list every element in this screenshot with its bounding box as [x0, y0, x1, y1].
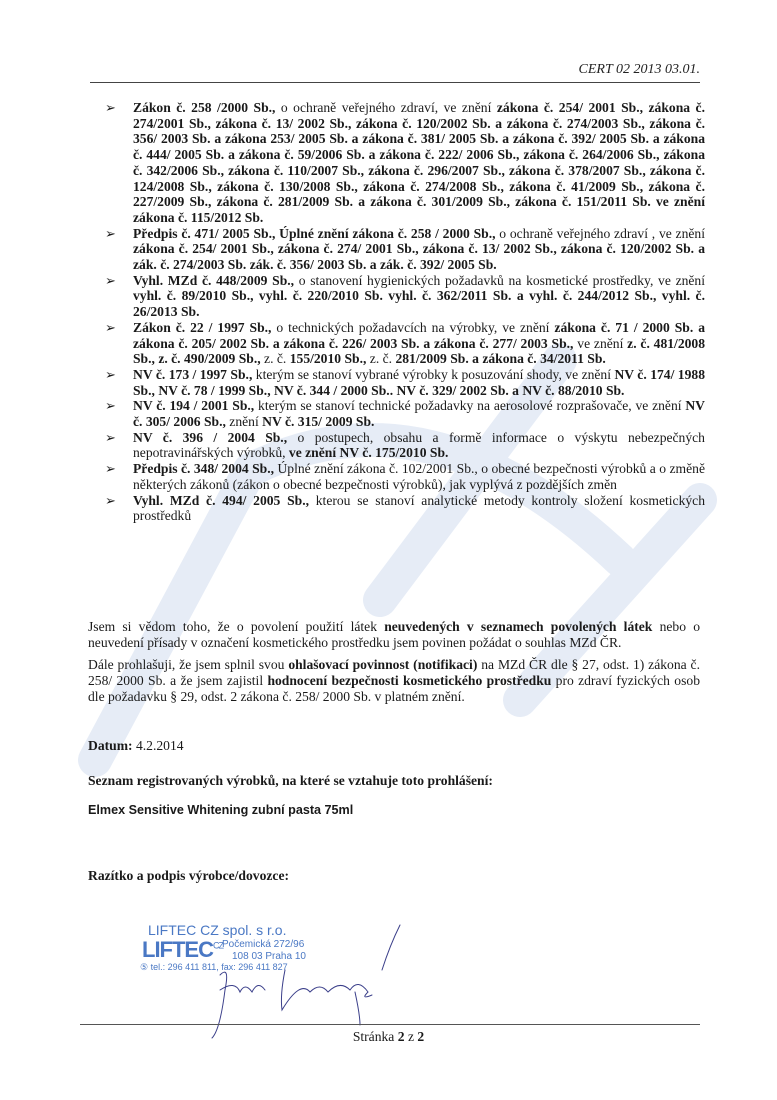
products-list-title: Seznam registrovaných výrobků, na které …: [88, 773, 493, 789]
legislation-list: ➢Zákon č. 258 /2000 Sb., o ochraně veřej…: [105, 100, 705, 524]
arrow-bullet-icon: ➢: [105, 398, 116, 414]
date-label: Datum:: [88, 738, 133, 753]
legislation-item: ➢NV č. 173 / 1997 Sb., kterým se stanoví…: [105, 367, 705, 398]
legislation-item: ➢Zákon č. 258 /2000 Sb., o ochraně veřej…: [105, 100, 705, 226]
arrow-bullet-icon: ➢: [105, 430, 116, 446]
stamp-signature-label: Razítko a podpis výrobce/dovozce:: [88, 868, 289, 884]
legislation-item: ➢Vyhl. MZd č. 448/2009 Sb., o stanovení …: [105, 273, 705, 320]
legislation-item: ➢Zákon č. 22 / 1997 Sb., o technických p…: [105, 320, 705, 367]
page-footer: Stránka 2 z 2: [0, 1029, 777, 1045]
stamp-contact: ⑤ tel.: 296 411 811, fax: 296 411 827: [140, 962, 288, 973]
legislation-item: ➢NV č. 396 / 2004 Sb., o postupech, obsa…: [105, 430, 705, 461]
legislation-item: ➢Předpis č. 348/ 2004 Sb., Úplné znění z…: [105, 461, 705, 492]
document-reference: CERT 02 2013 03.01.: [579, 62, 700, 78]
date-field: Datum: 4.2.2014: [88, 738, 184, 754]
declaration-paragraph-1: Jsem si vědom toho, že o povolení použit…: [88, 619, 700, 651]
stamp-address-street: Počemická 272/96: [222, 939, 304, 950]
total-pages: 2: [417, 1029, 424, 1044]
legislation-item: ➢NV č. 194 / 2001 Sb., kterým se stanoví…: [105, 398, 705, 429]
declaration-paragraph-2: Dále prohlašuji, že jsem splnil svou ohl…: [88, 657, 700, 705]
arrow-bullet-icon: ➢: [105, 320, 116, 336]
footer-divider: [80, 1024, 700, 1025]
arrow-bullet-icon: ➢: [105, 461, 116, 477]
legislation-item: ➢Vyhl. MZd č. 494/ 2005 Sb., kterou se s…: [105, 493, 705, 524]
arrow-bullet-icon: ➢: [105, 367, 116, 383]
arrow-bullet-icon: ➢: [105, 100, 116, 116]
stamp-company-name: LIFTEC CZ spol. s r.o.: [148, 922, 286, 938]
arrow-bullet-icon: ➢: [105, 273, 116, 289]
page-header: CERT 02 2013 03.01.: [90, 60, 700, 83]
legislation-item: ➢Předpis č. 471/ 2005 Sb., Úplné znění z…: [105, 226, 705, 273]
date-value: 4.2.2014: [136, 738, 184, 753]
arrow-bullet-icon: ➢: [105, 226, 116, 242]
stamp-address-city: 108 03 Praha 10: [232, 951, 306, 962]
product-name: Elmex Sensitive Whitening zubní pasta 75…: [88, 803, 353, 817]
arrow-bullet-icon: ➢: [105, 493, 116, 509]
handwritten-signature: [190, 920, 420, 1040]
stamp-logo: LIFTECCZ: [142, 937, 223, 963]
current-page: 2: [398, 1029, 405, 1044]
